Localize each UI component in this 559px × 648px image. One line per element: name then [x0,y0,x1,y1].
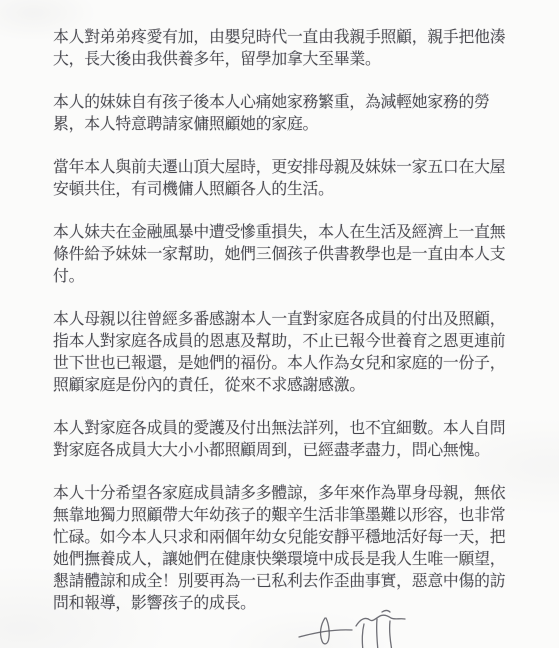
text-line: 本人十分希望各家庭成員請多多體諒，多年來作為單身母親，無依 [53,483,523,505]
paragraph: 本人母親以往曾經多番感謝本人一直對家庭各成員的付出及照顧，指本人對家庭各成員的恩… [53,309,523,397]
text-line: 本人對家庭各成員的愛護及付出無法詳列，也不宜細數。本人自問 [53,418,523,440]
text-line: 付。 [53,266,523,288]
text-line: 無靠地獨力照顧帶大年幼孩子的艱辛生活非筆墨難以形容，也非常 [53,505,523,527]
text-line: 世下世也已報還，是她們的福份。本人作為女兒和家庭的一份子， [53,353,523,375]
text-line: 懇請體諒和成全！別要再為一已私利去作歪曲事實，惡意中傷的訪 [53,571,523,593]
paragraph: 本人的妹妹自有孩子後本人心痛她家務繁重，為減輕她家務的勞累，本人特意聘請家傭照顧… [53,92,523,136]
text-line: 她們撫養成人，讓她們在健康快樂環境中成長是我人生唯一願望， [53,549,523,571]
paragraph: 本人妹夫在金融風暴中遭受慘重損失，本人在生活及經濟上一直無條件給予妹妹一家幫助，… [53,222,523,288]
text-line: 大，長大後由我供養多年，留學加拿大至畢業。 [53,49,523,71]
text-line: 忙碌。如今本人只求和兩個年幼女兒能安靜平穩地活好每一天，把 [53,527,523,549]
letter-page: 本人對弟弟疼愛有加，由嬰兒時代一直由我親手照顧，親手把他湊大，長大後由我供養多年… [0,0,559,648]
text-line: 當年本人與前夫遷山頂大屋時，更安排母親及妹妹一家五口在大屋 [53,157,523,179]
text-line: 累，本人特意聘請家傭照顧她的家庭。 [53,114,523,136]
text-line: 條件給予妹妹一家幫助，她們三個孩子供書教學也是一直由本人支 [53,244,523,266]
text-line: 本人妹夫在金融風暴中遭受慘重損失，本人在生活及經濟上一直無 [53,222,523,244]
handwritten-signature-icon [296,606,414,648]
letter-body: 本人對弟弟疼愛有加，由嬰兒時代一直由我親手照顧，親手把他湊大，長大後由我供養多年… [53,27,523,636]
paragraph: 本人十分希望各家庭成員請多多體諒，多年來作為單身母親，無依無靠地獨力照顧帶大年幼… [53,483,523,615]
text-line: 本人母親以往曾經多番感謝本人一直對家庭各成員的付出及照顧， [53,309,523,331]
paragraph: 本人對弟弟疼愛有加，由嬰兒時代一直由我親手照顧，親手把他湊大，長大後由我供養多年… [53,27,523,71]
text-line: 本人的妹妹自有孩子後本人心痛她家務繁重，為減輕她家務的勞 [53,92,523,114]
text-line: 對家庭各成員大大小小都照顧周到，已經盡孝盡力，問心無愧。 [53,440,523,462]
paragraph: 本人對家庭各成員的愛護及付出無法詳列，也不宜細數。本人自問對家庭各成員大大小小都… [53,418,523,462]
text-line: 本人對弟弟疼愛有加，由嬰兒時代一直由我親手照顧，親手把他湊 [53,27,523,49]
text-line: 指本人對家庭各成員的恩惠及幫助，不止已報今世養育之恩更連前 [53,331,523,353]
text-line: 照顧家庭是份內的責任，從來不求感謝感激。 [53,375,523,397]
paragraph: 當年本人與前夫遷山頂大屋時，更安排母親及妹妹一家五口在大屋安頓共住，有司機傭人照… [53,157,523,201]
text-line: 安頓共住，有司機傭人照顧各人的生活。 [53,179,523,201]
text-line: 問和報導，影響孩子的成長。 [53,593,523,615]
